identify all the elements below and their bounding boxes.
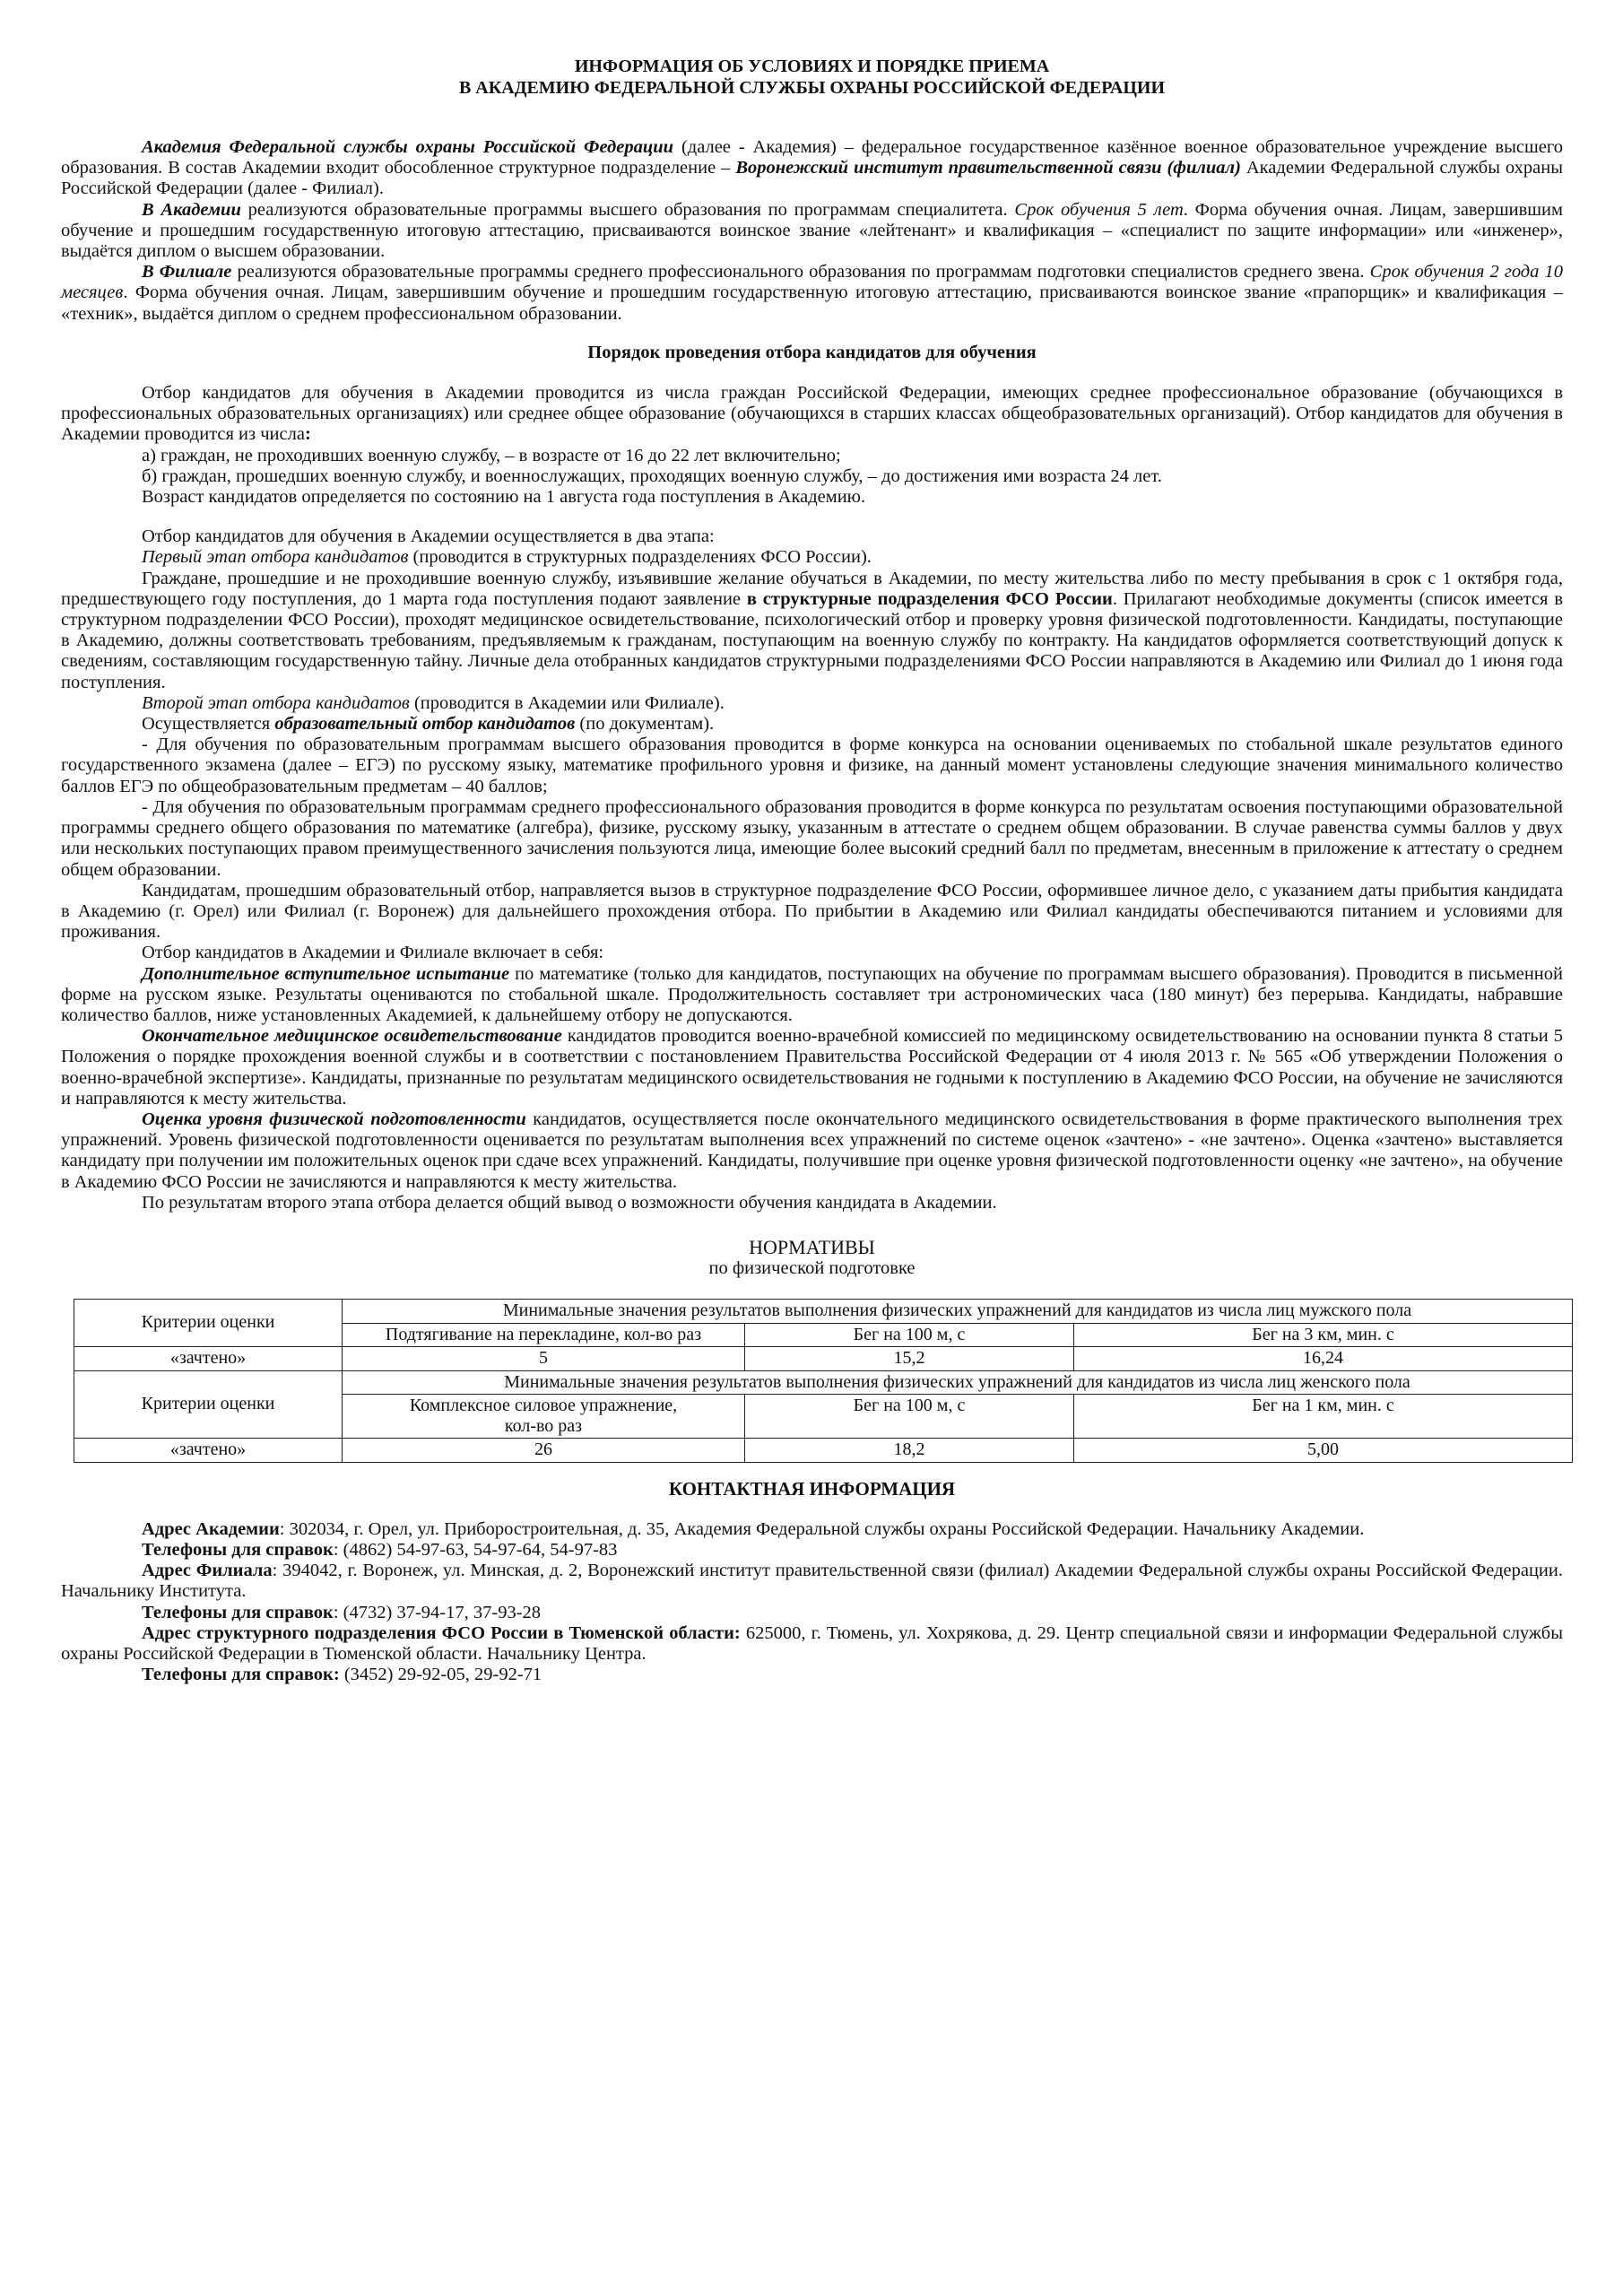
document-page: ИНФОРМАЦИЯ ОБ УСЛОВИЯХ И ПОРЯДКЕ ПРИЕМА … <box>61 56 1563 1685</box>
female-criteria-label: Критерии оценки <box>74 1370 343 1439</box>
physical-assessment: Оценка уровня физической подготовленност… <box>61 1109 1563 1193</box>
stage-1-heading: Первый этап отбора кандидатов (проводитс… <box>61 547 1563 568</box>
tyumen-phones: Телефоны для справок: (3452) 29-92-05, 2… <box>61 1665 1563 1685</box>
selection-eligibility: Отбор кандидатов для обучения в Академии… <box>61 383 1563 446</box>
male-passed-row: «зачтено» 5 15,2 16,24 <box>74 1347 1573 1371</box>
norms-title: НОРМАТИВЫ <box>61 1237 1563 1258</box>
intro-paragraph-branch-programs: В Филиале реализуются образовательные пр… <box>61 262 1563 325</box>
selection-two-stages: Отбор кандидатов для обучения в Академии… <box>61 526 1563 547</box>
female-row-label: «зачтено» <box>74 1439 343 1463</box>
academy-phones: Телефоны для справок: (4862) 54-97-63, 5… <box>61 1540 1563 1561</box>
physical-norms-table: Критерии оценки Минимальные значения рез… <box>74 1299 1573 1463</box>
female-value-1km: 5,00 <box>1074 1439 1573 1463</box>
secondary-education-selection: - Для обучения по образовательным програ… <box>61 797 1563 881</box>
male-row-label: «зачтено» <box>74 1347 343 1371</box>
selection-item-b: б) граждан, прошедших военную службу, и … <box>61 466 1563 487</box>
male-criteria-label: Критерии оценки <box>74 1300 343 1347</box>
stage-2-conclusion: По результатам второго этапа отбора дела… <box>61 1193 1563 1213</box>
male-value-100m: 15,2 <box>745 1347 1074 1371</box>
title-line-1: ИНФОРМАЦИЯ ОБ УСЛОВИЯХ И ПОРЯДКЕ ПРИЕМА <box>61 56 1563 77</box>
academy-address: Адрес Академии: 302034, г. Орел, ул. При… <box>61 1519 1563 1540</box>
male-col-3km: Бег на 3 км, мин. с <box>1074 1323 1573 1347</box>
female-col-100m: Бег на 100 м, с <box>745 1395 1074 1439</box>
male-col-100m: Бег на 100 м, с <box>745 1323 1074 1347</box>
male-value-3km: 16,24 <box>1074 1347 1573 1371</box>
contacts-heading: КОНТАКТНАЯ ИНФОРМАЦИЯ <box>61 1479 1563 1500</box>
branch-address: Адрес Филиала: 394042, г. Воронеж, ул. М… <box>61 1561 1563 1602</box>
female-col-1km: Бег на 1 км, мин. с <box>1074 1395 1573 1439</box>
female-group-header: Минимальные значения результатов выполне… <box>343 1370 1573 1395</box>
academy-study-duration: Срок обучения 5 лет <box>1014 200 1183 220</box>
selection-item-a: а) граждан, не проходивших военную служб… <box>61 446 1563 466</box>
selection-heading: Порядок проведения отбора кандидатов для… <box>61 343 1563 363</box>
female-value-strength: 26 <box>343 1439 745 1463</box>
branch-phones: Телефоны для справок: (4732) 37-94-17, 3… <box>61 1603 1563 1623</box>
female-col-strength: Комплексное силовое упражнение,кол-во ра… <box>343 1395 745 1439</box>
selection-includes: Отбор кандидатов в Академии и Филиале вк… <box>61 943 1563 963</box>
document-title: ИНФОРМАЦИЯ ОБ УСЛОВИЯХ И ПОРЯДКЕ ПРИЕМА … <box>61 56 1563 99</box>
male-col-pullups: Подтягивание на перекладине, кол-во раз <box>343 1323 745 1347</box>
final-medical-exam: Окончательное медицинское освидетельство… <box>61 1026 1563 1109</box>
tyumen-address: Адрес структурного подразделения ФСО Рос… <box>61 1623 1563 1665</box>
male-group-header: Минимальные значения результатов выполне… <box>343 1300 1573 1324</box>
branch-name: Воронежский институт правительственной с… <box>735 158 1241 178</box>
academy-name: Академия Федеральной службы охраны Росси… <box>142 137 673 157</box>
male-value-pullups: 5 <box>343 1347 745 1371</box>
intro-paragraph-academy-programs: В Академии реализуются образовательные п… <box>61 200 1563 263</box>
stage-2-heading: Второй этап отбора кандидатов (проводитс… <box>61 693 1563 714</box>
selection-age-note: Возраст кандидатов определяется по состо… <box>61 487 1563 508</box>
female-passed-row: «зачтено» 26 18,2 5,00 <box>74 1439 1573 1463</box>
intro-paragraph-academy: Академия Федеральной службы охраны Росси… <box>61 137 1563 200</box>
higher-education-selection: - Для обучения по образовательным програ… <box>61 735 1563 797</box>
educational-selection: Осуществляется образовательный отбор кан… <box>61 714 1563 735</box>
norms-subtitle: по физической подготовке <box>61 1258 1563 1279</box>
call-to-candidates: Кандидатам, прошедшим образовательный от… <box>61 881 1563 944</box>
female-value-100m: 18,2 <box>745 1439 1074 1463</box>
title-line-2: В АКАДЕМИЮ ФЕДЕРАЛЬНОЙ СЛУЖБЫ ОХРАНЫ РОС… <box>61 77 1563 99</box>
stage-1-text: Граждане, прошедшие и не проходившие вое… <box>61 569 1563 693</box>
extra-entrance-exam: Дополнительное вступительное испытание п… <box>61 964 1563 1027</box>
